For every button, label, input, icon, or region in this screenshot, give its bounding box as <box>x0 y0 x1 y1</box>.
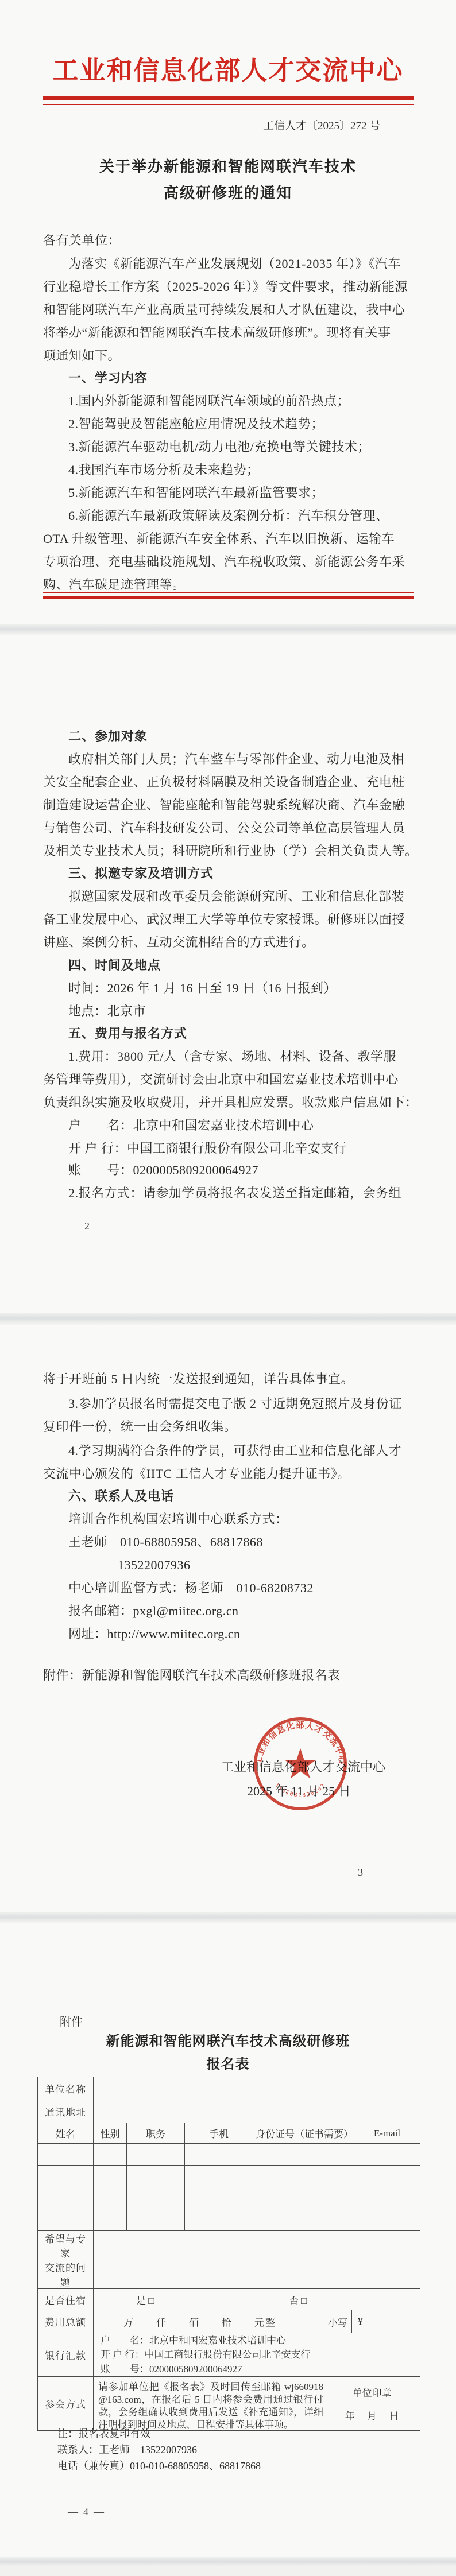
questions-field <box>94 2231 420 2289</box>
col-header-name: 姓名 <box>38 2123 94 2144</box>
body-line: 备工业发展中心、武汉理工大学等单位专家授课。研修班以面授 <box>43 913 405 926</box>
form-note: 注：报名表复印有效 <box>57 2426 150 2441</box>
body-line: 讲座、案例分析、互动交流相结合的方式进行。 <box>43 936 315 949</box>
list-item: 1.国内外新能源和智能网联汽车领域的前沿热点； <box>68 395 350 408</box>
list-item: 2.智能驾驶及智能座舱应用情况及技术趋势； <box>68 418 324 430</box>
form-empty-cell <box>354 2209 420 2231</box>
notice-title-line2: 高级研修班的通知 <box>0 181 456 203</box>
salutation: 各有关单位： <box>43 234 121 247</box>
form-empty-cell <box>253 2144 354 2166</box>
col-header-position: 职务 <box>127 2123 185 2144</box>
section-heading-6: 六、联系人及电话 <box>68 1490 174 1503</box>
svg-text:1101081336207: 1101081336207 <box>273 1782 327 1799</box>
stay-label: 是否住宿 <box>38 2289 94 2310</box>
form-title-line2: 报名表 <box>0 2053 456 2073</box>
seal-code-text: 1101081336207 <box>273 1782 327 1799</box>
form-empty-cell <box>94 2144 127 2166</box>
bank-account-name: 户 名：北京中和国宏嘉业技术培训中心 <box>94 2333 420 2348</box>
list-item: 3.新能源汽车驱动电机/动力电池/充换电等关键技术； <box>68 441 370 453</box>
red-rule-thick <box>43 96 414 100</box>
form-empty-cell <box>185 2187 253 2209</box>
form-empty-cell <box>185 2166 253 2187</box>
questions-label: 希望与专家 交流的问题 <box>38 2231 94 2289</box>
list-item: 4.我国汽车市场分析及未来趋势； <box>68 464 260 476</box>
contact-supervision: 中心培训监督方式：杨老师 010-68208732 <box>68 1582 314 1595</box>
attachment-reference: 附件：新能源和智能网联汽车技术高级研修班报名表 <box>43 1669 341 1682</box>
seal-star-icon <box>284 1748 316 1778</box>
company-stamp-label: 单位印章 <box>353 2385 392 2399</box>
form-empty-cell <box>127 2144 185 2166</box>
form-empty-cell <box>354 2187 420 2209</box>
contact-intro: 培训合作机构国宏培训中心联系方式： <box>68 1513 288 1526</box>
page-separator <box>0 2557 456 2567</box>
stay-option-yes: 是 □ <box>136 2295 154 2306</box>
body-line: 3.参加学员报名时需提交电子版 2 寸近期免冠照片及身份证 <box>68 1398 402 1410</box>
body-line: 交流中心颁发的《IITC 工信人才专业能力提升证书》。 <box>43 1468 350 1480</box>
attachment-label: 附件 <box>60 2012 83 2029</box>
company-name-label: 单位名称 <box>38 2077 94 2100</box>
fee-total-field: 万 仟 佰 拾 元整 小写 ¥ <box>94 2310 420 2333</box>
form-title-line1: 新能源和智能网联汽车技术高级研修班 <box>0 2030 456 2050</box>
form-empty-cell <box>185 2144 253 2166</box>
bank-branch: 开 户 行：中国工商银行股份有限公司北辛安支行 <box>68 1142 347 1155</box>
form-empty-cell <box>253 2209 354 2231</box>
bank-transfer-info: 户 名：北京中和国宏嘉业技术培训中心 开 户 行：中国工商银行股份有限公司北辛安… <box>94 2333 420 2377</box>
col-header-gender: 性别 <box>94 2123 127 2144</box>
form-empty-cell <box>185 2209 253 2231</box>
schedule-time: 时间：2026 年 1 月 16 日至 19 日（16 日报到） <box>68 982 337 995</box>
body-line: 专项治理、充电基础设施规划、汽车税收政策、新能源公务车采 <box>43 556 405 568</box>
participation-method-cell: 请参加单位把《报名表》及时回传至邮箱 wj660918@163.com，在报名后… <box>94 2377 420 2431</box>
form-empty-cell <box>38 2144 94 2166</box>
body-line: 2.报名方式：请参加学员将报名表发送至指定邮箱，会务组 <box>68 1187 401 1200</box>
list-item: 5.新能源汽车和智能网联汽车最新监管要求； <box>68 487 324 499</box>
body-line: 项通知如下。 <box>43 350 121 362</box>
cell-divider <box>351 2310 352 2333</box>
questions-label-line2: 交流的问题 <box>40 2260 91 2288</box>
questions-label-line1: 希望与专家 <box>40 2231 91 2260</box>
page-separator <box>0 1313 456 1325</box>
page-3 <box>0 1325 456 1912</box>
form-empty-cell <box>354 2144 420 2166</box>
contact-wang: 王老师 010-68805958、68817868 <box>68 1536 263 1549</box>
body-line: 行业稳增长工作方案（2025-2026 年）》等文件要求，推动新能源 <box>43 281 408 293</box>
body-line: 务管理等费用），交流研讨会由北京中和国宏嘉业技术培训中心 <box>43 1073 399 1086</box>
body-line: 和智能网联汽车产业高质量可持续发展和人才队伍建设，我中心 <box>43 304 405 316</box>
form-empty-cell <box>38 2166 94 2187</box>
body-line: 及相关专业技术人员；科研院所和行业协（学）会相关负责人等。 <box>43 845 418 858</box>
form-empty-cell <box>94 2209 127 2231</box>
participation-method-text: 请参加单位把《报名表》及时回传至邮箱 wj660918@163.com，在报名后… <box>94 2377 328 2431</box>
page-separator <box>0 1912 456 1923</box>
bank-branch: 开 户 行：中国工商银行股份有限公司北辛安支行 <box>94 2348 420 2362</box>
form-empty-cell <box>253 2166 354 2187</box>
section-heading-2: 二、参加对象 <box>68 730 148 743</box>
notice-title-line1: 关于举办新能源和智能网联汽车技术 <box>0 155 456 176</box>
body-line: 为落实《新能源汽车产业发展规划（2021-2035 年）》《汽车 <box>68 258 401 270</box>
body-line: 4.学习期满符合条件的学员，可获得由工业和信息化部人才 <box>68 1445 401 1457</box>
page-number-2: — 2 — <box>69 1220 105 1232</box>
body-line: 拟邀国家发展和改革委员会能源研究所、工业和信息化部装 <box>68 890 404 903</box>
company-name-field <box>94 2077 420 2100</box>
official-seal-stamp: 工业和信息化部人才交流中心 1101081336207 <box>250 1714 350 1814</box>
red-rule-thin <box>43 592 414 593</box>
bank-account-name: 户 名：北京中和国宏嘉业技术培训中心 <box>68 1119 314 1132</box>
scanned-notice-document: 工业和信息化部人才交流中心 工信人才〔2025〕272 号 关于举办新能源和智能… <box>0 0 456 2576</box>
body-line: 将举办“新能源和智能网联汽车技术高级研修班”。现将有关事 <box>43 327 391 339</box>
col-header-email: E-mail <box>354 2123 420 2144</box>
form-empty-cell <box>127 2187 185 2209</box>
form-empty-cell <box>94 2187 127 2209</box>
fee-currency-symbol: ¥ <box>358 2316 363 2327</box>
form-empty-cell <box>127 2209 185 2231</box>
stamp-box: 单位印章 年 月 日 <box>324 2377 420 2430</box>
contact-mobile: 13522007936 <box>118 1559 191 1572</box>
stay-option-no: 否 □ <box>289 2295 307 2306</box>
stamp-date-label: 年 月 日 <box>345 2408 399 2422</box>
section-heading-4: 四、时间及地点 <box>68 959 161 972</box>
form-empty-cell <box>38 2187 94 2209</box>
stay-options: 是 □ 否 □ <box>94 2289 420 2310</box>
section-heading-3: 三、拟邀专家及培训方式 <box>68 867 214 880</box>
fee-total-label: 费用总额 <box>38 2310 94 2333</box>
fee-amount-words: 万 仟 佰 拾 元整 <box>123 2314 276 2329</box>
body-line: 政府相关部门人员；汽车整车与零部件企业、动力电池及相 <box>68 753 404 766</box>
document-number: 工信人才〔2025〕272 号 <box>263 117 380 133</box>
participation-method-label: 参会方式 <box>38 2377 94 2431</box>
body-line: 关安全配套企业、正负极材料隔膜及相关设备制造企业、充电桩 <box>43 776 405 789</box>
schedule-place: 地点：北京市 <box>68 1005 146 1018</box>
red-rule-thin <box>43 104 414 105</box>
body-line: 购、汽车碳足迹管理等。 <box>43 579 186 591</box>
signup-email: 报名邮箱：pxgl@miitec.org.cn <box>68 1605 239 1617</box>
section-heading-1: 一、学习内容 <box>68 372 148 385</box>
body-line: 复印件一份，统一由会务组收集。 <box>43 1421 237 1433</box>
red-rule-thick <box>43 596 414 599</box>
form-empty-cell <box>38 2209 94 2231</box>
form-empty-cell <box>127 2166 185 2187</box>
form-empty-cell <box>253 2187 354 2209</box>
body-line: 与销售公司、汽车科技研发公司、公交公司等单位高层管理人员 <box>43 822 405 835</box>
form-empty-cell <box>94 2166 127 2187</box>
address-label: 通讯地址 <box>38 2100 94 2123</box>
form-phone-fax: 电话（兼传真）010-010-68805958、68817868 <box>57 2458 261 2473</box>
col-header-id-number: 身份证号（证书需要） <box>253 2123 354 2144</box>
body-line: OTA 升级管理、新能源汽车安全体系、汽车以旧换新、运输车 <box>43 533 395 545</box>
body-line: 负责组织实施及收取费用，并开具相应发票。收款账户信息如下： <box>43 1096 418 1109</box>
letterhead-org-title: 工业和信息化部人才交流中心 <box>0 49 456 87</box>
bank-transfer-label: 银行汇款 <box>38 2333 94 2377</box>
form-contact: 联系人：王老师 13522007936 <box>57 2442 197 2457</box>
col-header-mobile: 手机 <box>185 2123 253 2144</box>
website-url: 网址：http://www.miitec.org.cn <box>68 1628 240 1640</box>
form-empty-cell <box>354 2166 420 2187</box>
bank-account-number: 账 号：0200005809200064927 <box>68 1164 258 1177</box>
body-line: 1.费用：3800 元/人（含专家、场地、材料、设备、教学服 <box>68 1050 396 1063</box>
page-number-3: — 3 — <box>342 1867 378 1879</box>
body-line: 将于开班前 5 日内统一发送报到通知，详告具体事宜。 <box>43 1373 354 1386</box>
fee-small-label: 小写 <box>324 2314 351 2329</box>
list-item: 6.新能源汽车最新政策解读及案例分析：汽车积分管理、 <box>68 510 389 522</box>
address-field <box>94 2100 420 2123</box>
body-line: 制造建设运营企业、智能座舱和智能驾驶系统解决商、汽车金融 <box>43 799 405 812</box>
page-separator <box>0 624 456 635</box>
section-heading-5: 五、费用与报名方式 <box>68 1027 187 1040</box>
registration-form-table: 单位名称 通讯地址 姓名 性别 职务 手机 身份证号（证书需要） E-mail <box>37 2077 420 2431</box>
bank-account-number: 账 号：0200005809200064927 <box>94 2362 420 2376</box>
page-number-4: — 4 — <box>68 2506 104 2518</box>
